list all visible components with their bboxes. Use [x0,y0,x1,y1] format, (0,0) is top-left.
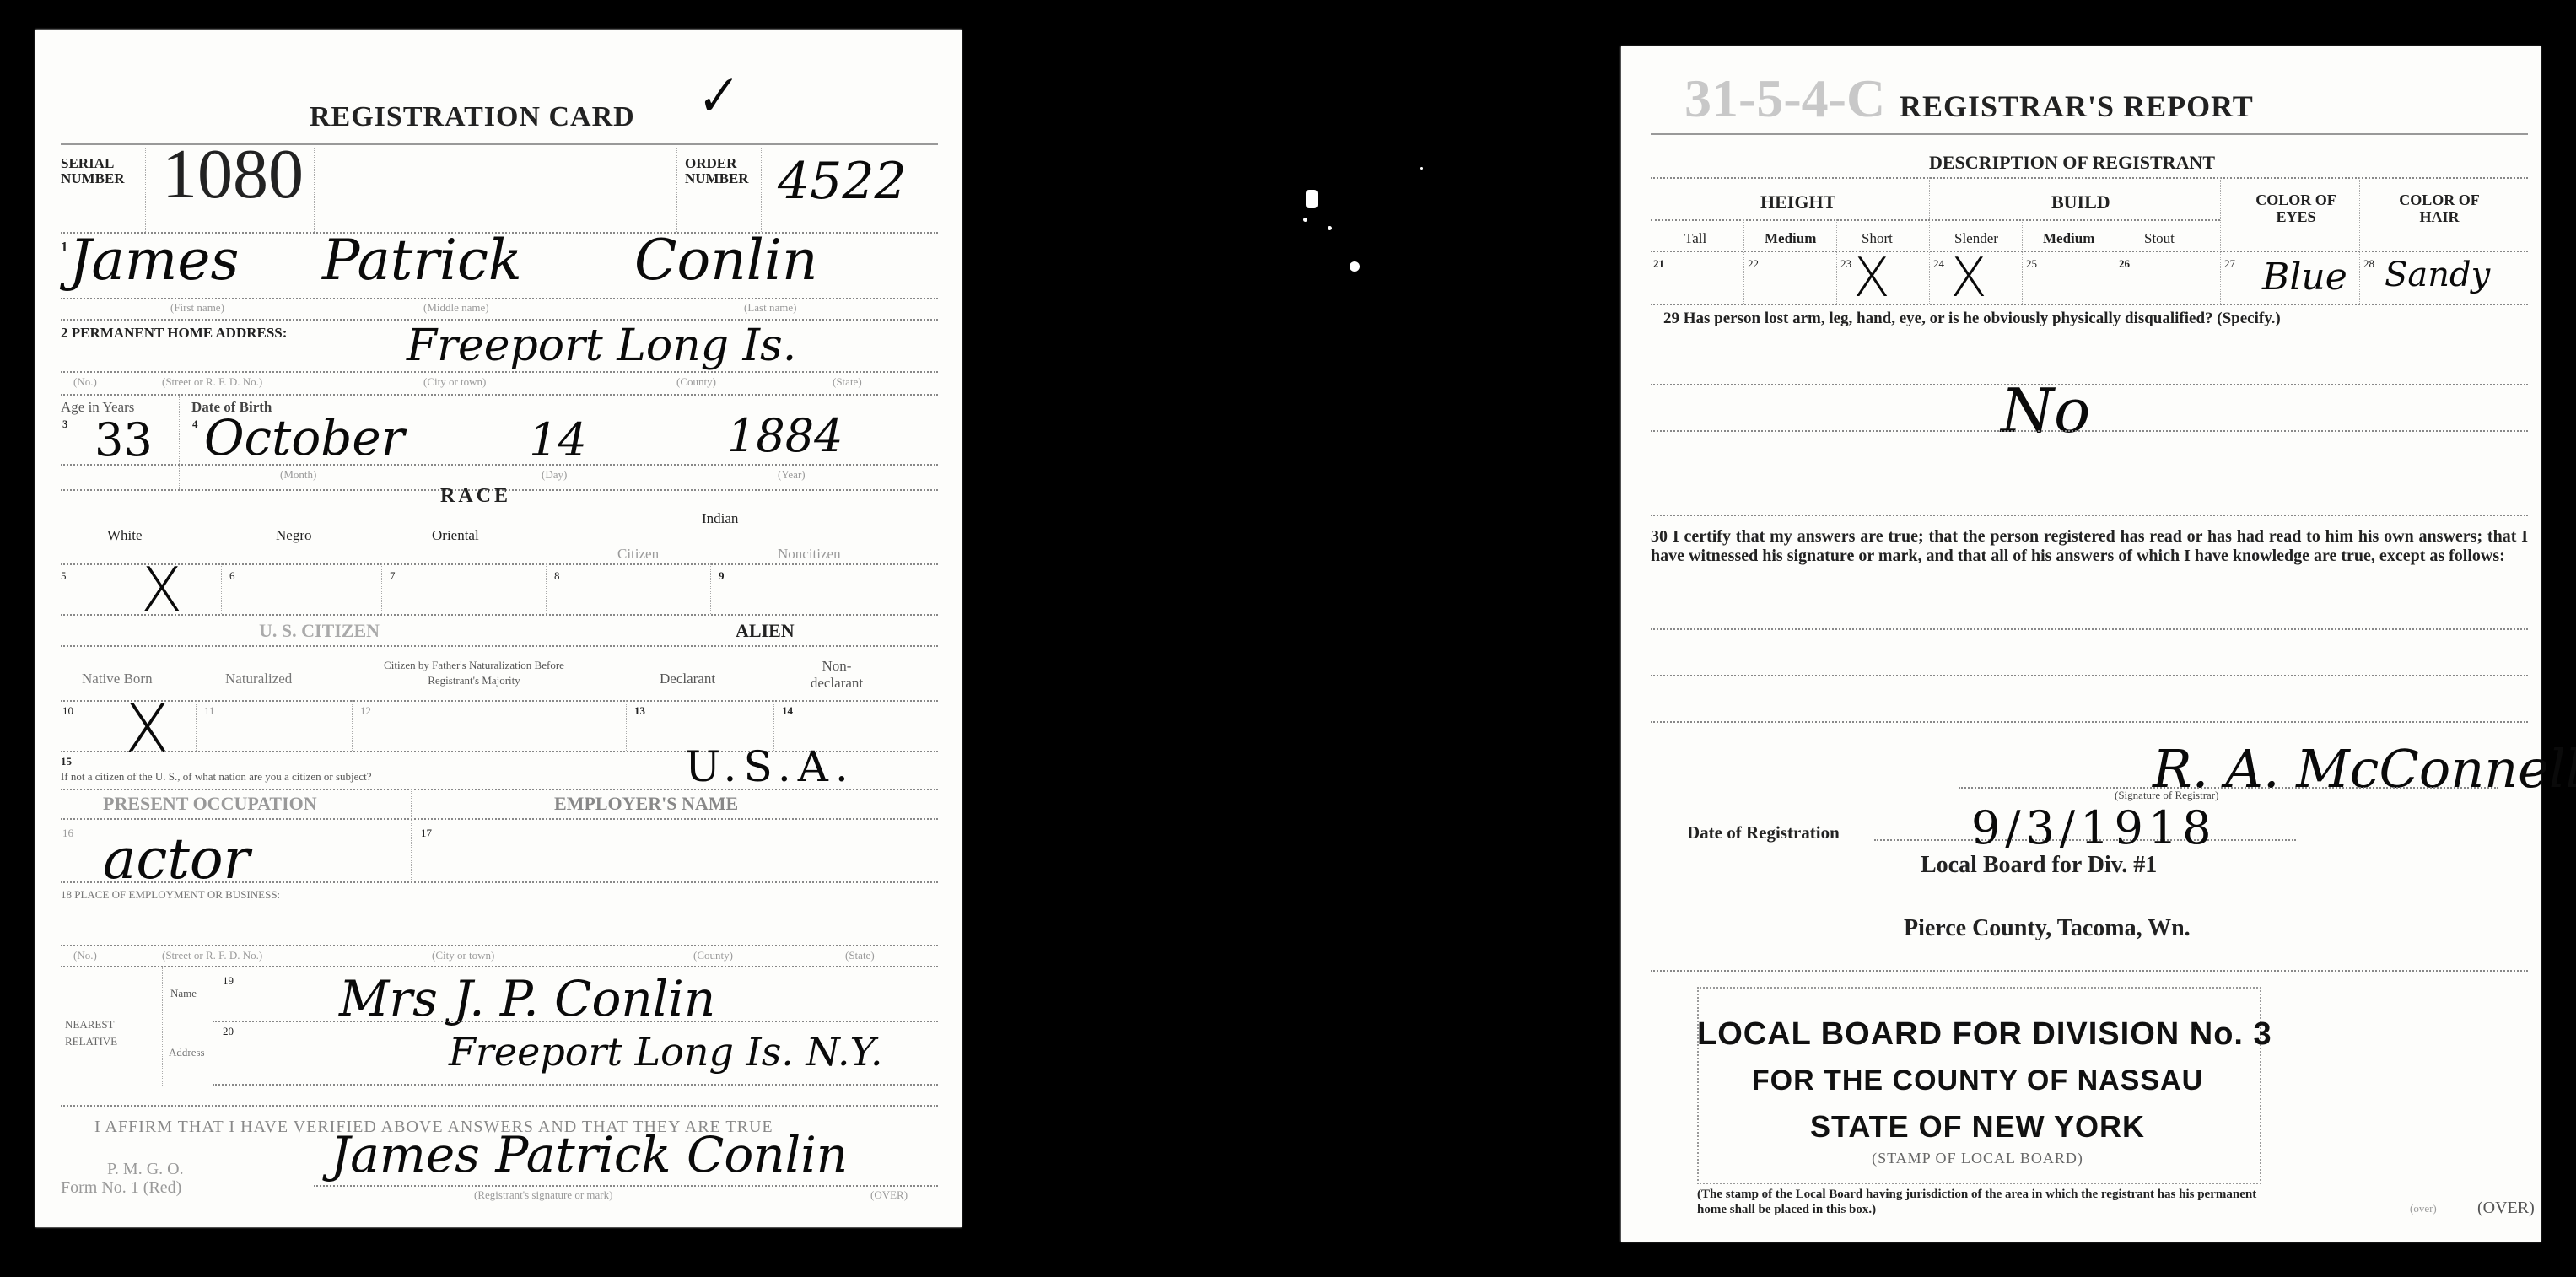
caption: (County) [693,949,733,962]
nearest-relative-label: NEAREST RELATIVE [65,1016,149,1050]
local-board-division: Local Board for Div. #1 [1921,852,2157,879]
signature-caption: (Registrant's signature or mark) [474,1188,612,1202]
field-number: 21 [1653,257,1664,271]
citizen-option-naturalized: Naturalized [225,671,292,687]
caption: (City or town) [423,375,486,389]
field-number: 14 [782,704,793,718]
race-option-negro: Negro [276,527,311,544]
scan-artifact [1350,261,1360,272]
caption: (Day) [542,468,567,482]
build-slender-mark: X [1950,251,1987,305]
form-small-label: (over) [2410,1202,2437,1215]
form-id-line2: Form No. 1 (Red) [61,1178,181,1198]
stamp-line3: STATE OF NEW YORK [1697,1109,2258,1145]
alien-option-declarant: Declarant [660,671,715,687]
field-number: 11 [204,704,215,718]
scan-artifact [1328,226,1332,230]
caption: (Year) [778,468,806,482]
race-indian-label: Indian [702,510,738,527]
registrars-report-card: 31-5-4-C REGISTRAR'S REPORT DESCRIPTION … [1621,46,2541,1242]
field-number: 23 [1840,257,1851,271]
scan-artifact [1306,190,1318,208]
field-number: 3 [62,418,68,431]
field-number: 13 [634,704,645,718]
registration-card: REGISTRATION CARD ✓ SERIAL NUMBER 1080 O… [35,30,962,1227]
race-option-indian-citizen: Citizen [617,546,659,563]
home-address-label: 2 PERMANENT HOME ADDRESS: [61,325,287,342]
field-number: 19 [223,974,234,988]
field-number: 15 [61,755,72,768]
order-number-value: 4522 [778,152,907,211]
eyes-heading: COLOR OF EYES [2250,191,2342,225]
caption-middle-name: (Middle name) [423,301,489,315]
field-number: 10 [62,704,73,718]
description-heading: DESCRIPTION OF REGISTRANT [1929,152,2215,174]
citizen-option-fathers-naturalization: Citizen by Father's Naturalization Befor… [373,658,575,688]
race-option-oriental: Oriental [432,527,479,544]
caption: (State) [833,375,862,389]
home-address-value: Freeport Long Is. [407,321,796,371]
dob-year: 1884 [727,409,843,462]
field-number: 20 [223,1025,234,1038]
check-mark-icon: ✓ [688,64,741,130]
alien-option-non-declarant: Non-declarant [803,658,870,692]
scan-artifact [1420,167,1423,170]
native-born-mark: X [124,696,170,763]
field-number: 9 [719,569,725,583]
registrant-middle-name: Patrick [322,228,522,293]
field15-answer: U.S.A. [685,742,855,791]
relative-name-value: Mrs J. P. Conlin [339,970,715,1027]
field15-question: If not a citizen of the U. S., of what n… [61,770,372,784]
height-short-mark: X [1853,251,1890,305]
citizen-option-native-born: Native Born [82,671,153,687]
field-number: 5 [61,569,67,583]
report-title: REGISTRAR'S REPORT [1900,89,2254,124]
caption: (No.) [73,949,97,962]
registrant-first-name: James [69,228,239,293]
caption: (Street or R. F. D. No.) [162,375,262,389]
field-number: 26 [2119,257,2130,271]
caption: (No.) [73,375,97,389]
order-number-label: ORDER NUMBER [685,156,744,186]
field29-answer: No [2001,375,2090,446]
serial-number-value: 1080 [162,139,304,210]
date-of-registration-label: Date of Registration [1687,822,1840,843]
hair-color-value: Sandy [2385,256,2490,294]
caption: (State) [845,949,875,962]
height-option-tall: Tall [1684,230,1706,247]
caption-last-name: (Last name) [744,301,796,315]
stamp-line2: FOR THE COUNTY OF NASSAU [1697,1064,2258,1097]
build-option-slender: Slender [1954,230,1998,247]
field-number: 1 [61,239,68,256]
county-location: Pierce County, Tacoma, Wn. [1904,915,2191,942]
registrant-last-name: Conlin [634,228,817,293]
field-number: 12 [360,704,371,718]
over-label: (OVER) [870,1188,908,1202]
stamp-caption: (STAMP OF LOCAL BOARD) [1697,1150,2258,1167]
height-option-short: Short [1862,230,1893,247]
registrar-signature-caption: (Signature of Registrar) [2115,789,2218,802]
date-of-registration-value: 9/3/1918 [1971,801,2217,854]
field-number: 17 [421,827,432,840]
occupation-heading: PRESENT OCCUPATION [103,793,317,815]
scan-artifact [1303,218,1307,222]
form-code-stamp: 31-5-4-C [1684,67,1885,130]
field-number: 16 [62,827,73,840]
hair-heading: COLOR OF HAIR [2393,191,2486,225]
eye-color-value: Blue [2262,256,2347,299]
caption: (City or town) [432,949,494,962]
card-title: REGISTRATION CARD [310,101,635,133]
stamp-note: (The stamp of the Local Board having jur… [1697,1187,2271,1217]
place-of-employment-label: 18 PLACE OF EMPLOYMENT OR BUSINESS: [61,888,280,902]
field-number: 6 [229,569,235,583]
height-heading: HEIGHT [1760,191,1835,213]
field-number: 8 [554,569,560,583]
race-heading: RACE [440,485,511,508]
field-number: 24 [1933,257,1944,271]
form-id-line1: P. M. G. O. [107,1160,184,1179]
field30-certification: 30 I certify that my answers are true; t… [1651,527,2528,566]
age-value: 33 [94,413,153,466]
field-number: 22 [1748,257,1759,271]
race-white-mark: X [141,559,182,620]
dob-month: October [204,409,404,466]
field-number: 7 [390,569,396,583]
field-number: 27 [2224,257,2235,271]
build-option-medium: Medium [2043,230,2094,247]
caption-first-name: (First name) [170,301,224,315]
field29-question: 29 Has person lost arm, leg, hand, eye, … [1663,310,2524,328]
build-heading: BUILD [2051,191,2110,213]
caption: (County) [676,375,716,389]
dob-day: 14 [529,413,587,466]
race-option-white: White [107,527,143,544]
caption: (Street or R. F. D. No.) [162,949,262,962]
field-number: 4 [192,418,198,431]
registrant-signature: James Patrick Conlin [331,1126,848,1183]
height-option-medium: Medium [1765,230,1816,247]
us-citizen-heading: U. S. CITIZEN [259,620,380,642]
relative-name-label: Name [170,987,197,1000]
field-number: 28 [2363,257,2374,271]
stamp-line1: LOCAL BOARD FOR DIVISION No. 3 [1697,1016,2258,1053]
build-option-stout: Stout [2144,230,2175,247]
relative-address-label: Address [169,1046,205,1059]
race-option-indian-noncitizen: Noncitizen [778,546,841,563]
employer-heading: EMPLOYER'S NAME [554,793,738,815]
over-label: (OVER) [2477,1199,2535,1218]
field-number: 25 [2026,257,2037,271]
caption: (Month) [280,468,316,482]
relative-address-value: Freeport Long Is. N.Y. [449,1029,883,1075]
alien-heading: ALIEN [736,620,795,642]
serial-number-label: SERIAL NUMBER [61,156,120,186]
